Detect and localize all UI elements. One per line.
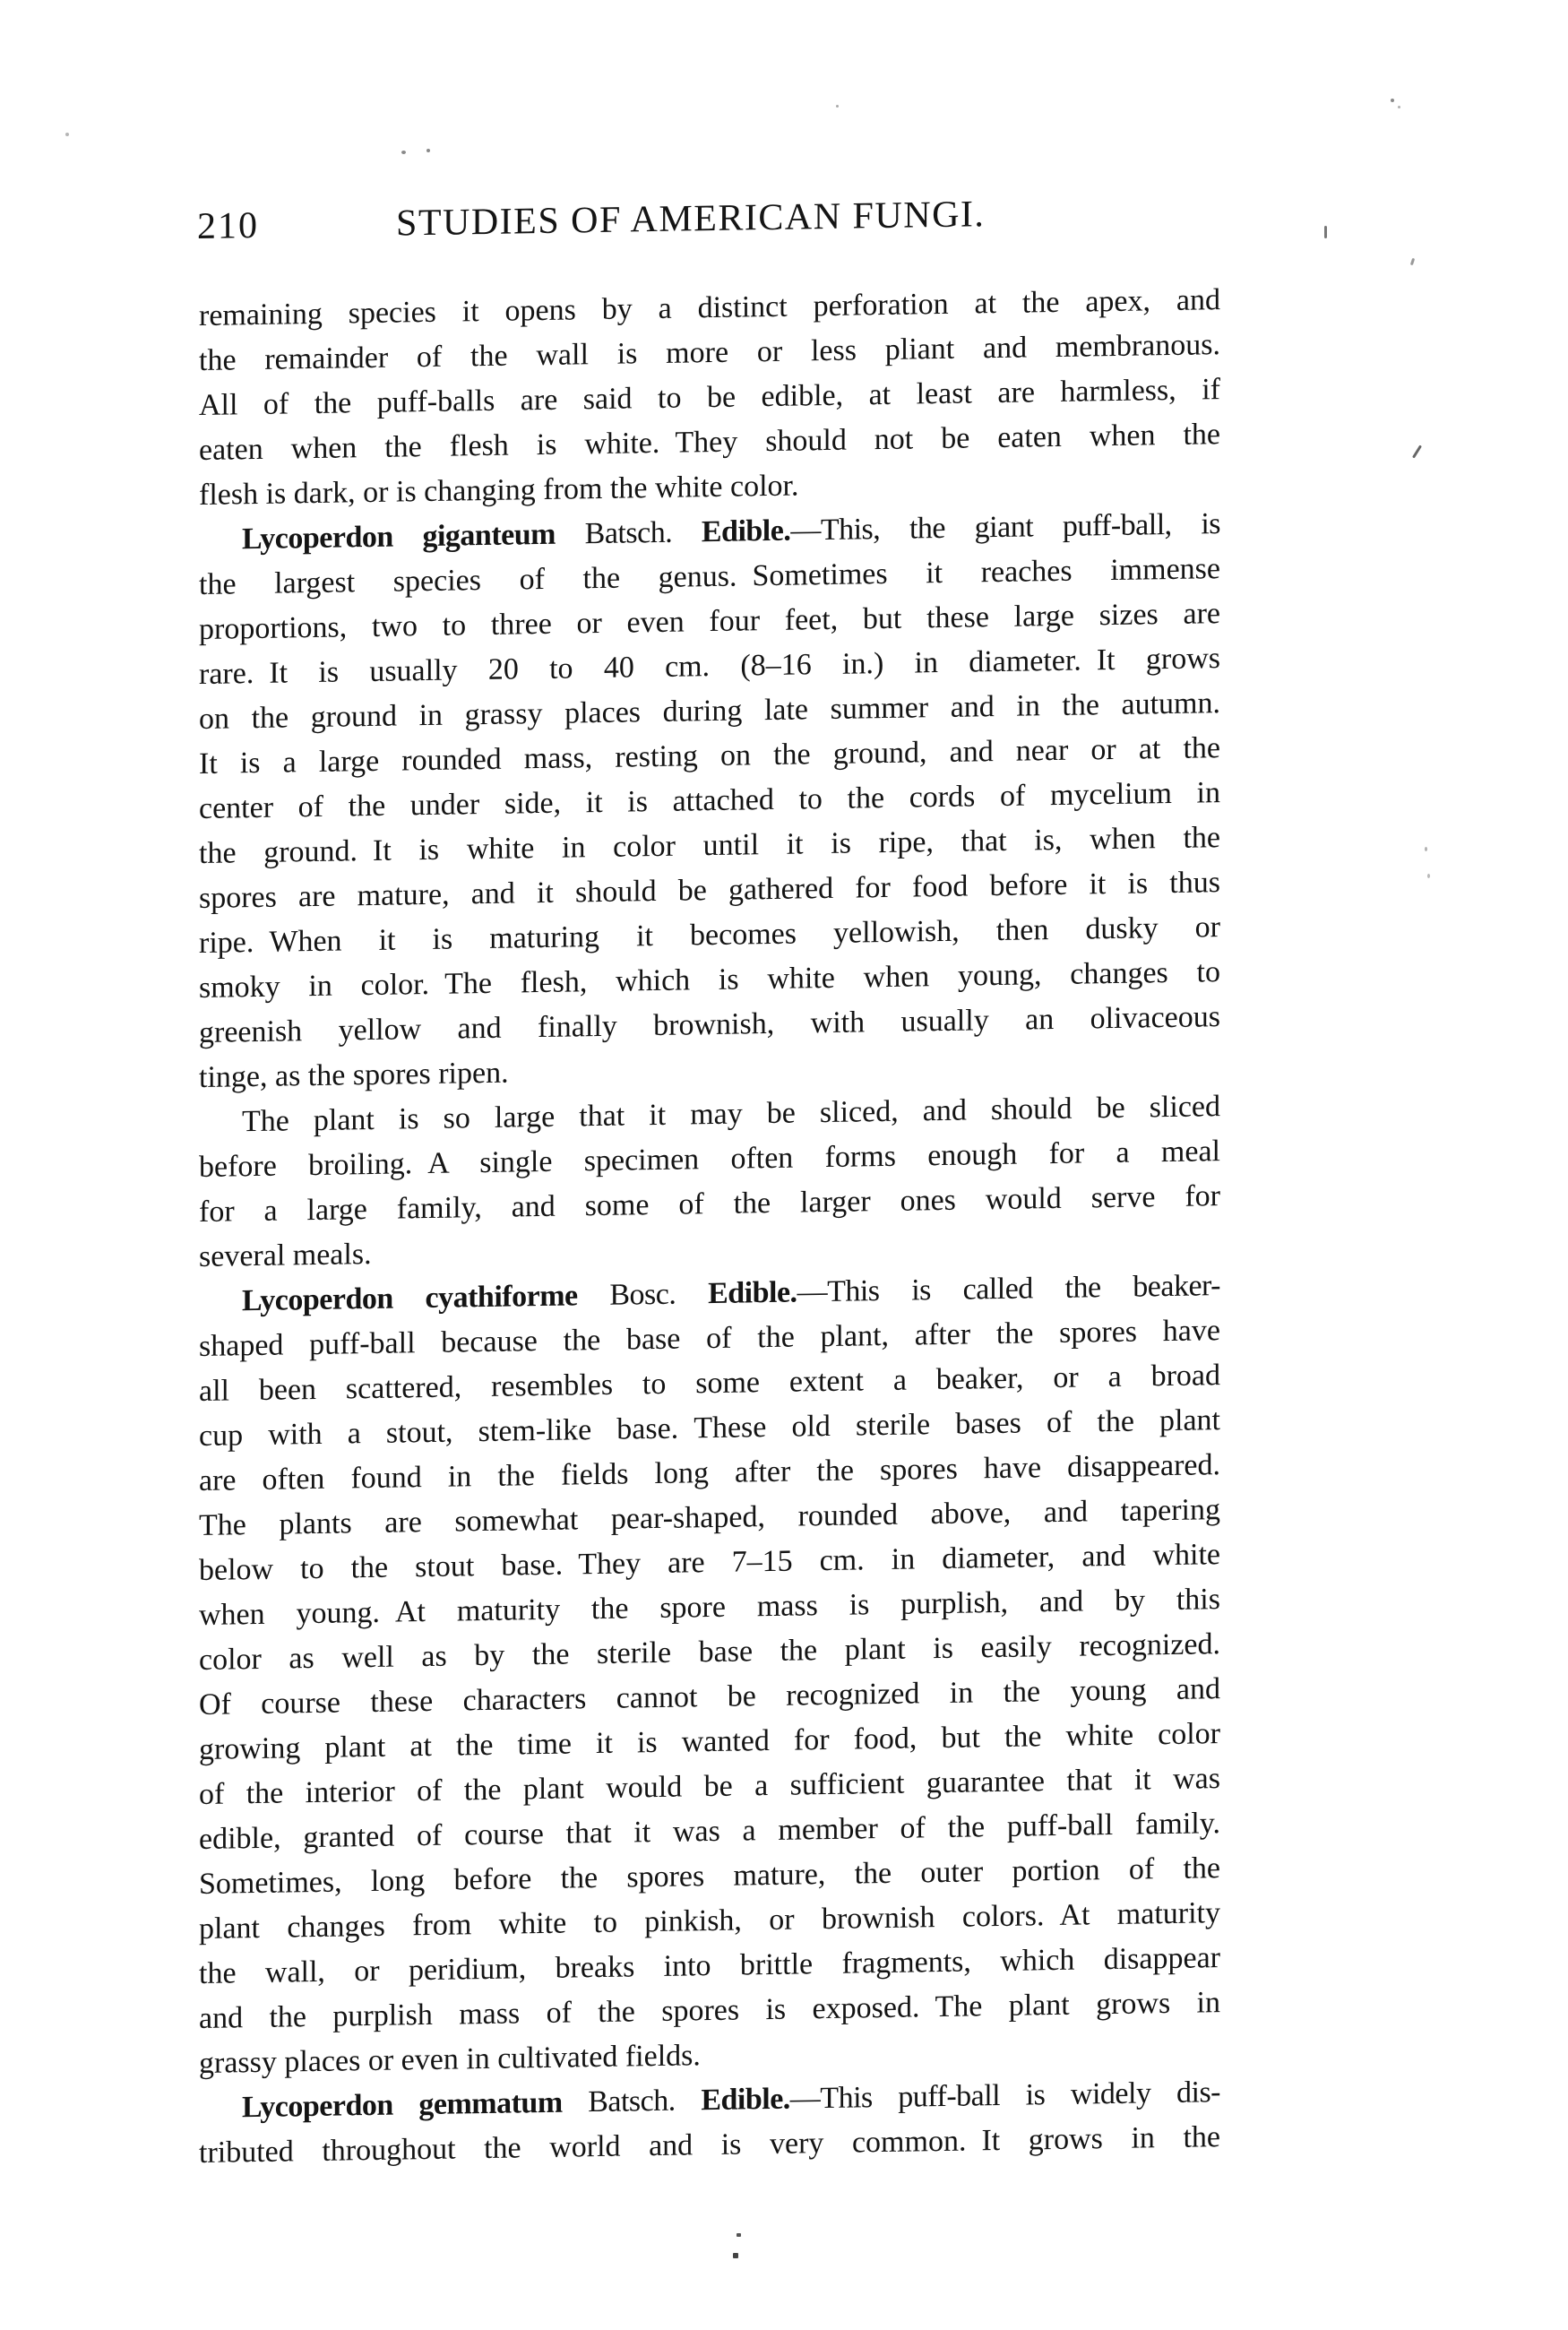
scan-speck: [65, 133, 69, 136]
text-run: Batsch.: [563, 2084, 702, 2119]
species-name: Lycoperdon giganteum: [242, 518, 556, 556]
scan-speck: [426, 149, 430, 152]
edible-label: Edible.: [702, 514, 790, 549]
scan-speck: [401, 151, 406, 154]
scan-speck: [737, 2233, 741, 2237]
scan-speck: [836, 105, 839, 108]
page-number: 210: [197, 205, 259, 247]
text-run: —This is called the beaker-: [797, 1269, 1220, 1308]
text-body: remaining species it opens by a distinct…: [199, 278, 1220, 2176]
running-title: STUDIES OF AMERICAN FUNGI.: [396, 194, 985, 244]
text-run: and the purplish mass of the spores is e…: [199, 1986, 1220, 2035]
text-run: grassy places or even in cultivated fiel…: [199, 2039, 701, 2080]
text-run: eaten when the flesh is white. They shou…: [199, 418, 1220, 467]
scan-speck: [1324, 226, 1327, 238]
text-run: several meals.: [199, 1238, 372, 1273]
scan-speck: [1391, 99, 1394, 102]
scan-speck: [1425, 847, 1427, 851]
text-run: tinge, as the spores ripen.: [199, 1057, 509, 1094]
book-page-scan: 210 STUDIES OF AMERICAN FUNGI. remaining…: [0, 0, 1568, 2330]
text-run: tributed throughout the world and is ver…: [199, 2120, 1220, 2170]
text-run: Batsch.: [556, 515, 702, 551]
running-head: 210 STUDIES OF AMERICAN FUNGI.: [199, 190, 1220, 247]
text-run: greenish yellow and finally brownish, wi…: [199, 1000, 1220, 1049]
scan-speck: [1412, 444, 1422, 458]
scan-speck: [1398, 106, 1400, 108]
scan-speck: [1427, 874, 1430, 878]
text-run: —This puff-ball is widely dis-: [790, 2075, 1220, 2116]
edible-label: Edible.: [701, 2083, 789, 2118]
species-name: Lycoperdon cyathiforme: [242, 1279, 578, 1317]
text-run: flesh is dark, or is changing from the w…: [199, 469, 798, 512]
scan-speck: [1410, 258, 1415, 266]
edible-label: Edible.: [708, 1276, 797, 1311]
text-run: Bosc.: [578, 1277, 708, 1312]
text-run: —This, the giant puff-ball, is: [790, 507, 1220, 548]
scan-speck: [733, 2253, 738, 2258]
species-name: Lycoperdon gemmatum: [242, 2086, 563, 2125]
text-run: for a large family, and some of the larg…: [199, 1179, 1220, 1229]
text-block: 210 STUDIES OF AMERICAN FUNGI. remaining…: [199, 190, 1220, 2176]
